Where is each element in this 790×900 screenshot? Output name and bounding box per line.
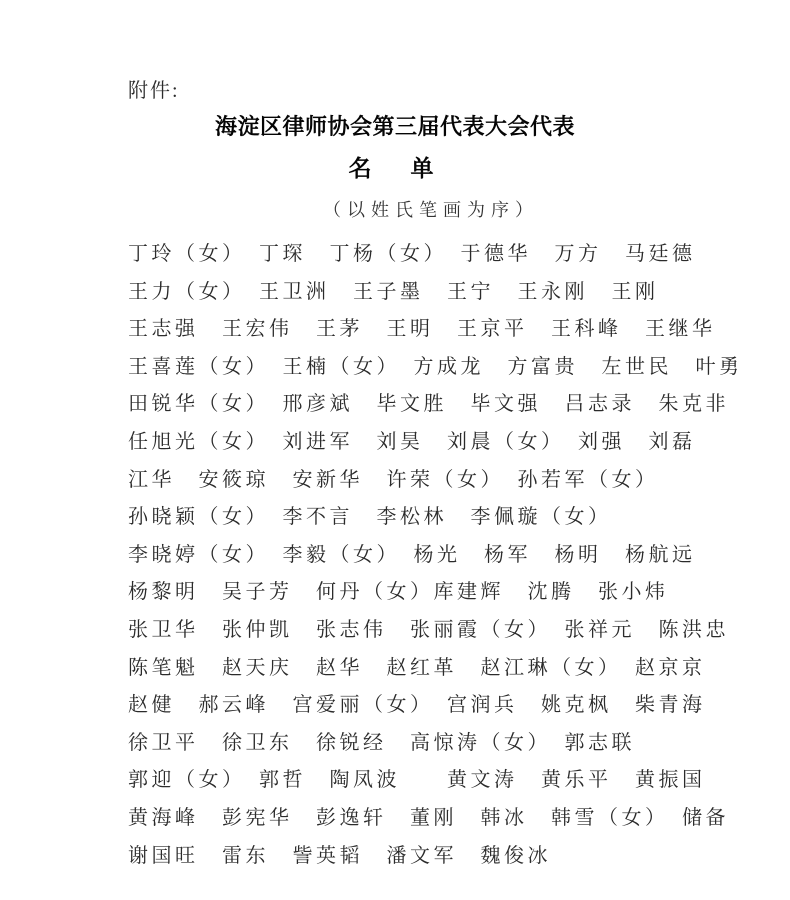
name-row: 杨黎明 吴子芳 何丹（女）库建辉 沈腾 张小炜 bbox=[128, 574, 750, 612]
name-list: 丁玲（女） 丁琛 丁杨（女） 于德华 万方 马廷德王力（女） 王卫洲 王子墨 王… bbox=[128, 236, 750, 875]
name-row: 田锐华（女） 邢彦斌 毕文胜 毕文强 吕志录 朱克非 bbox=[128, 386, 750, 424]
name-row: 王力（女） 王卫洲 王子墨 王宁 王永刚 王刚 bbox=[128, 274, 750, 312]
name-row: 黄海峰 彭宪华 彭逸轩 董刚 韩冰 韩雪（女） 储备 bbox=[128, 800, 750, 838]
name-row: 徐卫平 徐卫东 徐锐经 高惊涛（女） 郭志联 bbox=[128, 725, 750, 763]
attachment-label: 附件: bbox=[128, 74, 180, 103]
name-row: 郭迎（女） 郭哲 陶凤波 黄文涛 黄乐平 黄振国 bbox=[128, 762, 750, 800]
name-row: 孙晓颖（女） 李不言 李松林 李佩璇（女） bbox=[128, 499, 750, 537]
name-row: 张卫华 张仲凯 张志伟 张丽霞（女） 张祥元 陈洪忠 bbox=[128, 612, 750, 650]
name-row: 江华 安筱琼 安新华 许荣（女） 孙若军（女） bbox=[128, 462, 750, 500]
name-row: 赵健 郝云峰 宫爱丽（女） 宫润兵 姚克枫 柴青海 bbox=[128, 687, 750, 725]
name-row: 王志强 王宏伟 王茅 王明 王京平 王科峰 王继华 bbox=[128, 311, 750, 349]
name-row: 陈笔魁 赵天庆 赵华 赵红革 赵江琳（女） 赵京京 bbox=[128, 650, 750, 688]
name-row: 丁玲（女） 丁琛 丁杨（女） 于德华 万方 马廷德 bbox=[128, 236, 750, 274]
document-subtitle: （以姓氏笔画为序） bbox=[72, 196, 790, 222]
name-row: 谢国旺 雷东 訾英韬 潘文军 魏俊冰 bbox=[128, 838, 750, 876]
document-page: 附件: 海淀区律师协会第三届代表大会代表 名 单 （以姓氏笔画为序） 丁玲（女）… bbox=[0, 0, 790, 900]
document-title-line2: 名 单 bbox=[0, 150, 790, 183]
name-row: 李晓婷（女） 李毅（女） 杨光 杨军 杨明 杨航远 bbox=[128, 537, 750, 575]
name-row: 王喜莲（女） 王楠（女） 方成龙 方富贵 左世民 叶勇 bbox=[128, 349, 750, 387]
document-title: 海淀区律师协会第三届代表大会代表 bbox=[0, 110, 790, 141]
name-row: 任旭光（女） 刘进军 刘昊 刘晨（女） 刘强 刘磊 bbox=[128, 424, 750, 462]
